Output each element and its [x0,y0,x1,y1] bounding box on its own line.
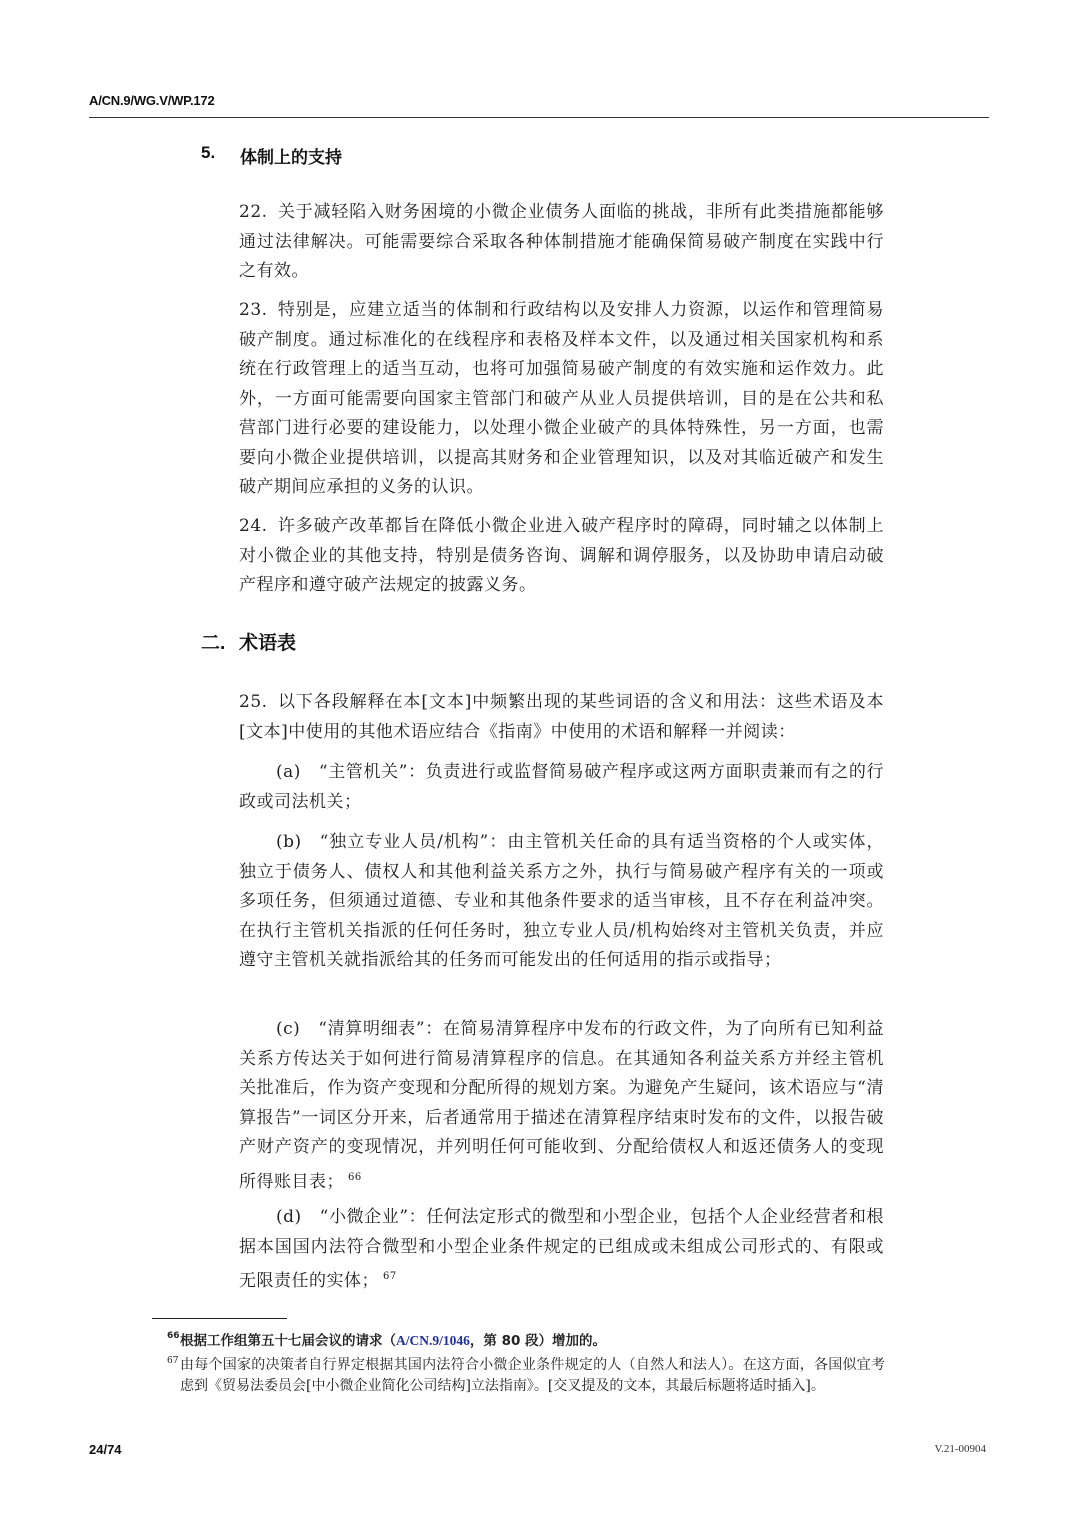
paragraph-number: 25. [239,692,268,712]
term-b: (b)“独立专业人员/机构”：由主管机关任命的具有适当资格的个人或实体，独立于债… [239,828,884,976]
paragraph-number: 23. [239,300,268,320]
footnote-66: 66 根据工作组第五十七届会议的请求（A/CN.9/1046，第 80 段）增加… [180,1330,885,1352]
section-heading: 5. 体制上的支持 [201,143,342,168]
paragraph-number: 22. [239,202,268,222]
chapter-heading: 二. 术语表 [201,628,296,655]
footnote-text: ，第 80 段）增加的。 [470,1333,606,1349]
term-text: “清算明细表”：在简易清算程序中发布的行政文件，为了向所有已知利益关系方传达关于… [239,1019,884,1192]
paragraph-text: 关于减轻陷入财务困境的小微企业债务人面临的挑战，非所有此类措施都能够通过法律解决… [239,202,884,281]
footnote-separator [152,1318,287,1319]
term-label: (c) [276,1019,300,1039]
paragraph-23: 23.特别是，应建立适当的体制和行政结构以及安排人力资源，以运作和管理简易破产制… [239,296,884,503]
section-title: 体制上的支持 [240,143,342,168]
section-number: 5. [201,143,240,168]
footnote-ref-66[interactable]: 66 [348,1172,362,1183]
term-a: (a)“主管机关”：负责进行或监督简易破产程序或这两方面职责兼而有之的行政或司法… [239,758,884,817]
term-text: “独立专业人员/机构”：由主管机关任命的具有适当资格的个人或实体，独立于债务人、… [239,832,884,970]
term-c: (c)“清算明细表”：在简易清算程序中发布的行政文件，为了向所有已知利益关系方传… [239,1015,884,1197]
footnote-ref-67[interactable]: 67 [383,1271,397,1282]
paragraph-text: 以下各段解释在本[文本]中频繁出现的某些词语的含义和用法：这些术语及本[文本]中… [239,692,884,742]
paragraph-text: 许多破产改革都旨在降低小微企业进入破产程序时的障碍，同时辅之以体制上对小微企业的… [239,516,884,595]
paragraph-number: 24. [239,516,268,536]
footnote-number: 67 [167,1351,178,1372]
paragraph-24: 24.许多破产改革都旨在降低小微企业进入破产程序时的障碍，同时辅之以体制上对小微… [239,512,884,601]
chapter-number: 二. [201,628,239,655]
chapter-title: 术语表 [239,628,296,655]
document-symbol: A/CN.9/WG.V/WP.172 [89,93,214,108]
paragraph-22: 22.关于减轻陷入财务困境的小微企业债务人面临的挑战，非所有此类措施都能够通过法… [239,198,884,287]
term-text: “主管机关”：负责进行或监督简易破产程序或这两方面职责兼而有之的行政或司法机关； [239,762,884,812]
footnote-number: 66 [167,1326,180,1347]
term-label: (d) [276,1207,302,1227]
footnote-text: 由每个国家的决策者自行界定根据其国内法符合小微企业条件规定的人（自然人和法人）。… [180,1357,885,1394]
paragraph-25: 25.以下各段解释在本[文本]中频繁出现的某些词语的含义和用法：这些术语及本[文… [239,688,884,747]
page-number: 24/74 [89,1442,122,1457]
header-divider [89,117,989,118]
document-id: V.21-00904 [935,1443,986,1455]
term-text: “小微企业”：任何法定形式的微型和小型企业，包括个人企业经营者和根据本国国内法符… [239,1207,884,1291]
footnote-text: 根据工作组第五十七届会议的请求（ [180,1333,396,1349]
term-label: (a) [276,762,301,782]
term-label: (b) [276,832,302,852]
term-d: (d)“小微企业”：任何法定形式的微型和小型企业，包括个人企业经营者和根据本国国… [239,1203,884,1297]
footnote-67: 67 由每个国家的决策者自行界定根据其国内法符合小微企业条件规定的人（自然人和法… [180,1355,885,1397]
document-link[interactable]: A/CN.9/1046 [396,1333,470,1348]
paragraph-text: 特别是，应建立适当的体制和行政结构以及安排人力资源，以运作和管理简易破产制度。通… [239,300,884,497]
